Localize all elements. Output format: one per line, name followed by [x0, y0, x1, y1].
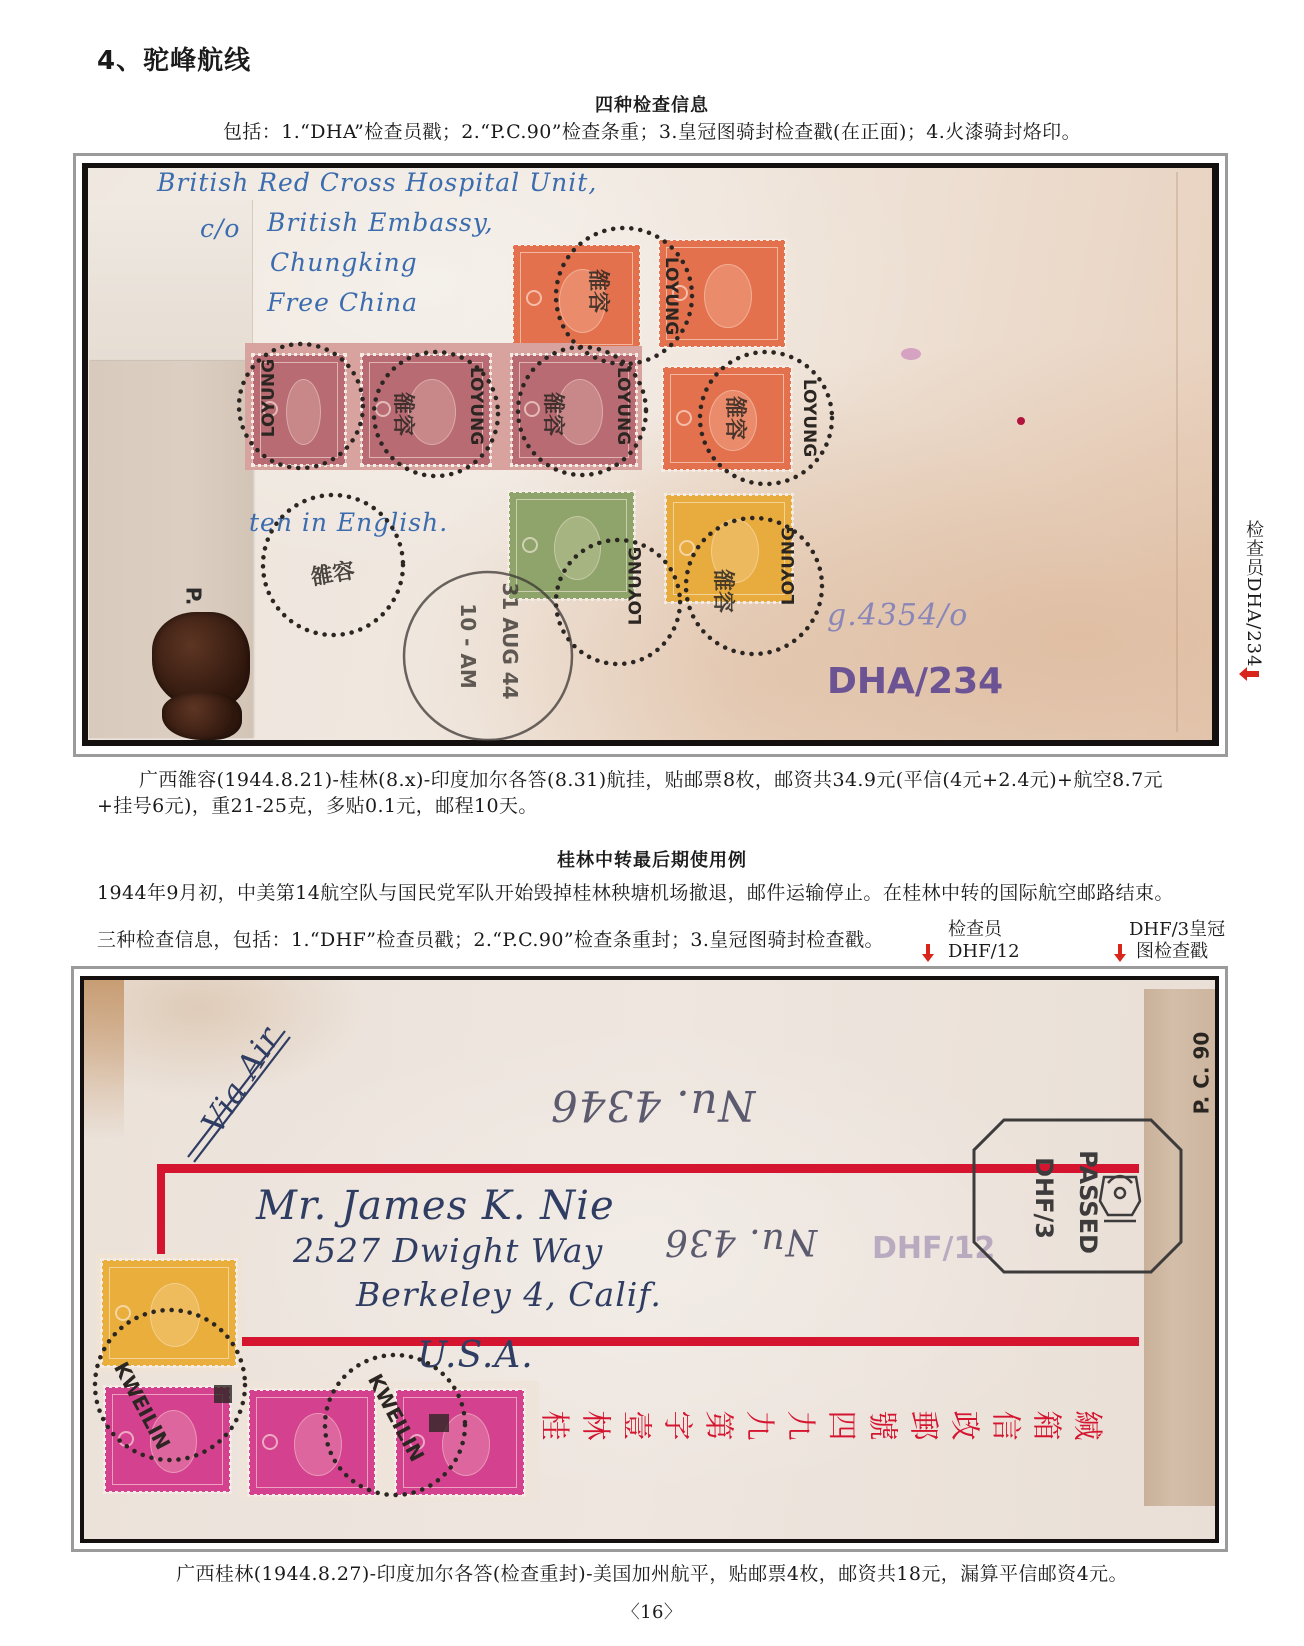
- annotation-examiner-line-2: DHF/12: [948, 941, 1020, 963]
- postmark-town: LOYUNG: [779, 527, 799, 605]
- page-heading: 4、驼峰航线: [97, 40, 251, 77]
- caption-1-line-2: +挂号6元)，重21-25克，多贴0.1元，邮程10天。: [97, 794, 538, 818]
- caption-2: 广西桂林(1944.8.27)-印度加尔各答(检查重封)-美国加州航平，贴邮票4…: [0, 1562, 1304, 1586]
- postmark-chop: 雒容: [390, 392, 416, 436]
- arrival-postmark-time: 10 - AM: [456, 603, 480, 688]
- annotation-crown-line-1: DHF/3皇冠: [1129, 919, 1225, 941]
- page-number: 〈16〉: [0, 1601, 1304, 1625]
- annotation-examiner-line-1: 检查员: [948, 919, 1002, 941]
- postmark-town: LOYUNG: [626, 547, 646, 625]
- cover-2-photo: P. C. 90 Via Air Nu. 4346 Mr. James K. N…: [71, 966, 1228, 1552]
- caption-1-line-1: 广西雒容(1944.8.21)-桂林(8.x)-印度加尔各答(8.31)航挂，贴…: [139, 768, 1163, 792]
- postmark-chop: 雒容: [540, 392, 566, 436]
- arrow-down-icon: [922, 944, 934, 962]
- arrow-down-icon: [1114, 944, 1126, 962]
- postmark-town: LOYUNG: [799, 379, 819, 457]
- postmark-chop: 雒容: [722, 396, 748, 440]
- postmark-town: KWEILIN: [363, 1370, 429, 1466]
- postmarks-layer: KWEILIN KWEILIN PASSED DHF/3: [74, 969, 1225, 1549]
- section-2-info: 三种检查信息，包括：1.“DHF”检查员戳；2.“P.C.90”检查条重封；3.…: [97, 928, 884, 952]
- section-2-description: 1944年9月初，中美第14航空队与国民党军队开始毁掉桂林秧塘机场撤退，邮件运输…: [97, 881, 1174, 905]
- annotation-crown-line-2: 图检查戳: [1136, 941, 1208, 963]
- document-page: 4、驼峰航线 四种检查信息 包括：1.“DHA”检查员戳；2.“P.C.90”检…: [0, 0, 1304, 1646]
- arrival-postmark-date: 31 AUG 44: [498, 582, 522, 699]
- postmark-chop: 雒容: [585, 269, 611, 313]
- postmark-town: LOYUNG: [466, 367, 486, 445]
- pencil-note: g.4354/o: [827, 598, 968, 633]
- passed-code: DHF/3: [1030, 1157, 1058, 1239]
- crown-icon: [1100, 1176, 1140, 1221]
- section-1-title: 四种检查信息: [0, 91, 1304, 117]
- arrow-left-icon: [1239, 667, 1259, 681]
- passed-label: PASSED: [1074, 1150, 1102, 1254]
- postmark-town: LOYUNG: [259, 359, 279, 437]
- postmark-chop: 雒容: [710, 569, 736, 613]
- section-1-subtitle: 包括：1.“DHA”检查员戳；2.“P.C.90”检查条重；3.皇冠图骑封检查戳…: [0, 120, 1304, 144]
- section-2-title: 桂林中转最后期使用例: [0, 846, 1304, 872]
- postmark-town: LOYUNG: [661, 257, 681, 335]
- cover-1-photo: British Red Cross Hospital Unit, c/o Bri…: [73, 153, 1228, 757]
- postmark-town: LOYUNG: [613, 367, 633, 445]
- examiner-mark-dha: DHA/234: [827, 661, 1003, 702]
- side-note-dha: 检查员DHA/234: [1240, 520, 1266, 668]
- censor-label-text: P.: [181, 587, 205, 606]
- wax-seal-drip: [162, 692, 242, 740]
- postmark-chop: 雒容: [309, 557, 357, 590]
